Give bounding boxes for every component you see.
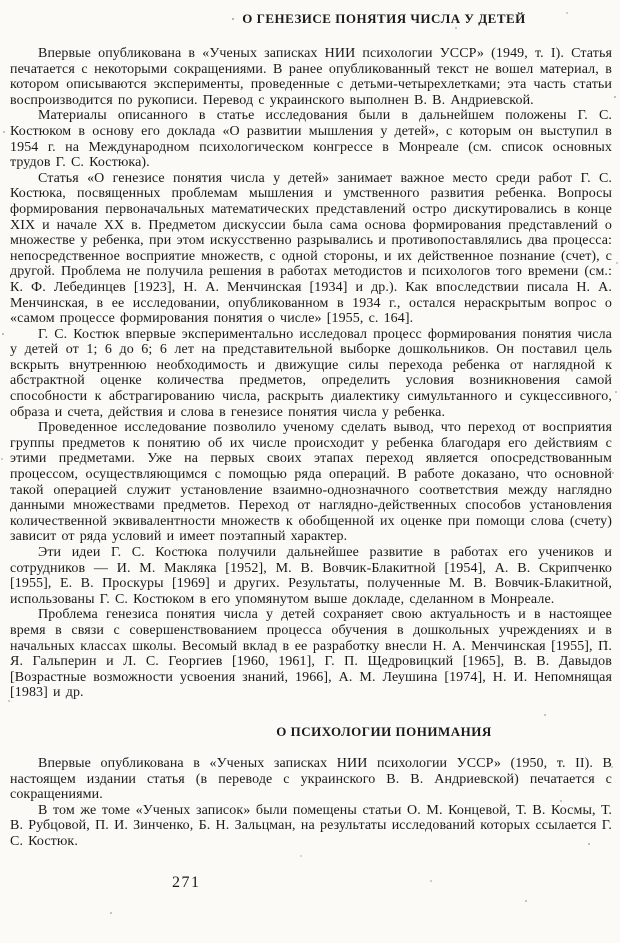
paragraph: Эти идеи Г. С. Костюка получили дальнейш… [10,545,612,607]
page-number: 271 [172,874,212,892]
paragraph: Статья «О генезисе понятия числа у детей… [10,171,612,327]
paragraph: Г. С. Костюк впервые экспериментально ис… [10,327,612,421]
paragraph: Впервые опубликована в «Ученых записках … [10,46,612,108]
paragraph: Впервые опубликована в «Ученых записках … [10,756,612,803]
paragraph: Материалы описанного в статье исследован… [10,108,612,170]
paragraph: Проблема генезиса понятия числа у детей … [10,607,612,701]
paragraph: Проведенное исследование позволило учено… [10,420,612,545]
paragraph: В том же томе «Ученых записок» были поме… [10,803,612,850]
section-heading-psychology-of-understanding: О ПСИХОЛОГИИ ПОНИМАНИЯ [10,724,612,740]
section-heading-genesis-of-number: О ГЕНЕЗИСЕ ПОНЯТИЯ ЧИСЛА У ДЕТЕЙ [10,11,612,27]
scanned-book-page: О ГЕНЕЗИСЕ ПОНЯТИЯ ЧИСЛА У ДЕТЕЙ Впервые… [0,0,620,943]
scan-noise-specks [0,0,2,2]
